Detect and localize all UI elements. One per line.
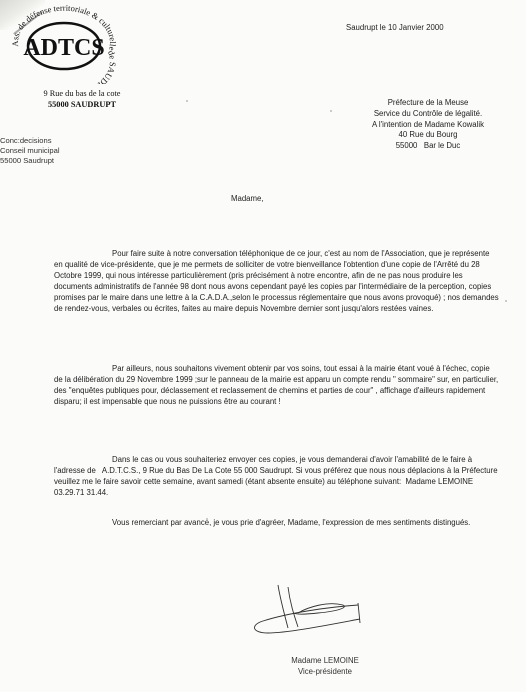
recipient-line: 55000 Bar le Duc [343,141,513,152]
letter-date: Saudrupt le 10 Janvier 2000 [346,23,444,32]
paragraph-request-deliberation: Par ailleurs, nous souhaitons vivement o… [54,363,500,407]
scan-speck [186,100,188,102]
paragraph-text: Pour faire suite à notre conversation té… [54,248,500,314]
paragraph-request-arrete: Pour faire suite à notre conversation té… [54,248,500,314]
sender-street: 9 Rue du bas de la cote [26,88,138,99]
paragraph-closing: Vous remerciant par avance, je vous prie… [54,517,500,528]
recipient-line: 40 Rue du Bourg [343,130,513,141]
recipient-line: Service du Contrôle de légalité. [343,109,513,120]
scan-speck [505,300,507,302]
paragraph-text: Par ailleurs, nous souhaitons vivement o… [54,363,500,407]
signatory-title: Vice-présidente [270,667,380,678]
subject-line: 55000 Saudrupt [0,156,60,166]
scan-speck [330,110,332,112]
subject-line: Conc:decisions [0,136,60,146]
sender-city: 55000 SAUDRUPT [26,99,138,110]
recipient-line: Préfecture de la Meuse [343,98,513,109]
subject-reference: Conc:decisions Conseil municipal 55000 S… [0,136,60,166]
sender-address: 9 Rue du bas de la cote 55000 SAUDRUPT [26,88,138,110]
recipient-line: A l'intention de Madame Kowalik [343,120,513,131]
paragraph-text: Vous remerciant par avance, je vous prie… [54,517,500,528]
scan-speck [206,518,208,520]
signature-icon [248,583,388,643]
signatory-block: Madame LEMOINE Vice-présidente [270,656,380,677]
association-logo-icon: Ass. de défense territoriale & culturell… [6,2,122,84]
recipient-address: Préfecture de la Meuse Service du Contrô… [343,98,513,152]
salutation: Madame, [231,194,264,203]
paragraph-text: Dans le cas ou vous souhaiteriez envoyer… [54,454,500,498]
signatory-name: Madame LEMOINE [270,656,380,667]
subject-line: Conseil municipal [0,146,60,156]
paragraph-delivery-address: Dans le cas ou vous souhaiteriez envoyer… [54,454,500,498]
svg-text:ADTCS: ADTCS [23,35,104,61]
